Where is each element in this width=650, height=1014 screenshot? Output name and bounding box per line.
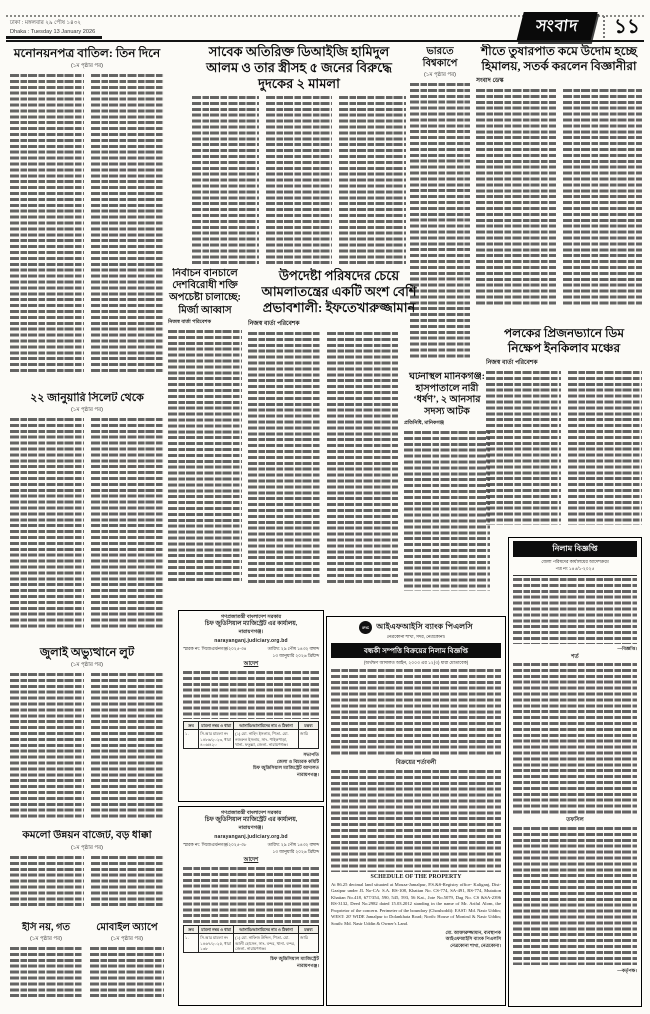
table-cell: সি.আর মামলা নং ১৪৮৬/২০২৩, ধারা ৪০৬/৪২০: [199, 730, 234, 749]
notice-office-line: চিফ জুডিসিয়াল ম্যাজিস্ট্রেট এর কার্যালয…: [183, 817, 319, 825]
body-text: [90, 947, 164, 999]
body-text: [10, 74, 164, 374]
headline: উপদেষ্টা পরিষদের চেয়ে আমলাতন্ত্রের একটি…: [248, 268, 430, 316]
masthead-accent-bar: [6, 36, 102, 39]
story-iftekhar: উপদেষ্টা পরিষদের চেয়ে আমলাতন্ত্রের একটি…: [248, 268, 430, 606]
body-text: [486, 371, 642, 525]
body-text: [192, 96, 406, 264]
bank-name: আইএফআইসি ব্যাংক পিএলসি: [376, 621, 472, 634]
notice-body-text: [183, 671, 319, 719]
court-notice-box-2: গণপ্রজাতন্ত্রী বাংলাদেশ সরকার চিফ জুডিসি…: [178, 806, 324, 1006]
text-column: [91, 418, 165, 630]
signature-block: চিফ জুডিসিয়াল ম্যাজিস্ট্রেট নারায়ণগঞ্জ…: [183, 956, 319, 969]
byline: নিজস্ব বার্তা পরিবেশক: [248, 318, 398, 329]
headline: মোবাইল অ্যাপে: [90, 922, 164, 934]
terms-list-text: [513, 663, 637, 815]
body-text: [168, 330, 242, 582]
body-text: [248, 332, 398, 584]
signature-block: সভাপতি জেলা ও বিচারক কমিটি চিফ জুডিসিয়া…: [183, 752, 319, 778]
masthead-separator: [603, 16, 605, 38]
text-column: [266, 96, 333, 264]
ad-body-text: [331, 669, 501, 755]
text-column: [10, 856, 84, 908]
signature-line: নারায়ণগঞ্জ।: [183, 772, 319, 778]
table-header-cell: মামলা নম্বর ও ধারা: [199, 925, 234, 933]
body-text: [10, 947, 82, 999]
schedule-body-text: [513, 827, 637, 965]
notice-location: নারায়ণগঞ্জ।: [183, 825, 319, 833]
court-notice-box-1: গণপ্রজাতন্ত্রী বাংলাদেশ সরকার চিফ জুডিসি…: [178, 610, 324, 802]
case-table: ক্রমমামলা নম্বর ও ধারাআসামি/আসামিদের নাম…: [183, 721, 319, 750]
body-text: [10, 856, 164, 908]
auction-notice-bar: বন্ধকী সম্পত্তি বিক্রয়ের নিলাম বিজ্ঞপ্ত…: [331, 643, 501, 658]
story-ec: ইসি নয়, গত (১ম পৃষ্ঠার পর): [10, 922, 82, 1008]
table-cell: ১.: [184, 934, 199, 953]
continued-note: (১ম পৃষ্ঠার পর): [10, 662, 164, 670]
masthead-rule: [6, 40, 644, 42]
case-table: ক্রমমামলা নম্বর ও ধারাআসামি/আসামিদের নাম…: [183, 925, 319, 954]
text-column: [486, 371, 561, 525]
story-polok: পলকের প্রিজনভ্যানে ডিম নিক্ষেপ ইনকিলাব ম…: [486, 326, 642, 534]
signature-block: মো. আক্তারুজ্জামান, ব্যবস্থাপক আইএফআইসি …: [331, 930, 501, 949]
continued-note: (১ম পৃষ্ঠার পর): [10, 845, 164, 853]
table-cell: (১) মো. নাহিদ ইসলাম, পিতা- মো. নজরুল ইসল…: [234, 730, 299, 749]
table-cell: সি.আর মামলা নং ১৪৬৭/২০২৫, ধারা ১৩৮: [199, 934, 234, 953]
date-bengali: ঢাকা : মঙ্গলবার ২৯ পৌষ ১৪৩২: [10, 19, 95, 28]
byline: সংবাদ ডেস্ক: [476, 75, 642, 86]
table-header-cell: আসামি/আসামিদের নাম ও ঠিকানা: [234, 721, 299, 729]
notice-date: তারিখ: ২৯ পৌষ ১৪৩২ বঙ্গাব্দ ১৩ জানুয়ারি…: [268, 646, 319, 660]
byline: প্রতিনিধি, মানিকগঞ্জ: [404, 420, 490, 428]
story-shite: শীতে তুষারপাত কমে উদোম হচ্ছে হিমালয়, সত…: [476, 44, 642, 324]
story-silet: ২২ জানুয়ারি সিলেট থেকে (১ম পৃষ্ঠার পর): [10, 392, 164, 642]
text-column: [339, 96, 406, 264]
byline: নিজস্ব বার্তা পরিবেশক: [168, 319, 242, 327]
memo-number: স্মারক নং: সিজেএম/নগঞ্জ/২০২৫-৩৪: [183, 646, 246, 660]
headline: ঘটনাস্থল মানিকগঞ্জ: হাসপাতালে নারী ‘ধর্ষ…: [404, 372, 490, 418]
headline: ভারতে বিশ্বকাপে: [410, 46, 470, 70]
text-column: [91, 856, 165, 908]
body-text: [404, 431, 490, 591]
text-column: [168, 330, 242, 582]
page-number: ১১: [614, 17, 640, 37]
text-column: [91, 673, 165, 819]
notice-website: narayanganj.judiciary.org.bd: [183, 638, 319, 644]
story-july: জুলাই অভ্যুত্থানে লুট (১ম পৃষ্ঠার পর): [10, 646, 164, 826]
story-mirza: নির্বাচন বানচালে দেশবিরোধী শক্তি অপচেষ্ট…: [168, 268, 242, 606]
schedule-text: At 86.25 decimal land situated at Mouza-…: [331, 882, 501, 927]
text-column: [568, 371, 643, 525]
notice-gov-line: গণপ্রজাতন্ত্রী বাংলাদেশ সরকার: [183, 614, 319, 621]
continued-note: (১ম পৃষ্ঠার পর): [410, 72, 470, 80]
text-column: [248, 332, 320, 584]
ific-bank-logo-icon: IFIC: [359, 621, 372, 634]
continued-note: (১ম পৃষ্ঠার পর): [10, 407, 164, 415]
text-column: [10, 418, 84, 630]
story-mobile: মোবাইল অ্যাপে (১ম পৃষ্ঠার পর): [90, 922, 164, 1008]
text-column: [10, 673, 84, 819]
signature-line: নারায়ণগঞ্জ।: [183, 963, 319, 969]
order-heading: আদেশ: [183, 661, 319, 669]
table-header-cell: মন্তব্য: [298, 925, 318, 933]
signature-line: —কর্তৃপক্ষ।: [513, 968, 637, 974]
headline: নির্বাচন বানচালে দেশবিরোধী শক্তি অপচেষ্ট…: [168, 268, 242, 317]
signature-line: নেত্রকোনা শাখা, নেত্রকোনা।: [331, 943, 501, 949]
notice-body-text: [183, 867, 319, 923]
auction-notice-ad: নিলাম বিজ্ঞপ্তি জেলা পরিষদের কার্যালয়ের…: [508, 537, 642, 1007]
notice-date-bn: তারিখ: ২৯ পৌষ ১৪৩২ বঙ্গাব্দ: [268, 842, 319, 847]
notice-tag: —বিজ্ঞপ্তি।: [513, 645, 637, 653]
ific-bank-ad: IFIC আইএফআইসি ব্যাংক পিএলসি নেত্রকোনা শা…: [326, 616, 506, 1006]
table-header-cell: মন্তব্য: [298, 721, 318, 729]
ad-body-text: [513, 578, 637, 644]
story-dudok: সাবেক অতিরিক্ত ডিআইজি হামিদুল আলম ও তার …: [192, 44, 406, 264]
table-cell: জারি: [298, 730, 318, 749]
continued-note: (১ম পৃষ্ঠার পর): [10, 936, 82, 944]
headline: ২২ জানুয়ারি সিলেট থেকে: [10, 392, 164, 405]
memo-number: স্মারক নং: সিজেএম/নগঞ্জ/২০২৫-৩৮: [183, 842, 246, 856]
terms-list-text: [331, 770, 501, 872]
text-column: [10, 74, 84, 374]
headline: সাবেক অতিরিক্ত ডিআইজি হামিদুল আলম ও তার …: [192, 44, 406, 92]
text-column: [327, 332, 399, 584]
masthead-dates: ঢাকা : মঙ্গলবার ২৯ পৌষ ১৪৩২ Dhaka : Tues…: [10, 19, 95, 36]
newspaper-logo: সংবাদ: [516, 12, 598, 42]
text-column: [404, 431, 490, 591]
ific-header: IFIC আইএফআইসি ব্যাংক পিএলসি: [331, 621, 501, 634]
notice-website: narayanganj.judiciary.org.bd: [183, 834, 319, 840]
byline: নিজস্ব বার্তা পরিবেশক: [486, 357, 642, 368]
text-column: [476, 89, 556, 307]
continued-note: (১ম পৃষ্ঠার পর): [10, 63, 164, 71]
text-column: [192, 96, 259, 264]
newspaper-logo-text: সংবাদ: [534, 13, 580, 40]
body-text: [10, 418, 164, 630]
headline: ইসি নয়, গত: [10, 922, 82, 934]
notice-date-en: ১৩ জানুয়ারি ২০২৬ খ্রিষ্টাব্দ: [272, 849, 319, 854]
notice-meta: স্মারক নং: সিজেএম/নগঞ্জ/২০২৫-৩৮ তারিখ: ২…: [183, 842, 319, 856]
table-cell: জারি: [298, 934, 318, 953]
body-text: [10, 673, 164, 819]
branch-name: নেত্রকোনা শাখা, সদর, নেত্রকোনা।: [331, 634, 501, 641]
story-mononoyon: মনোনয়নপত্র বাতিল: তিন দিনে (১ম পৃষ্ঠার …: [10, 46, 164, 390]
headline: কমলো উন্নয়ন বাজেট, বড় ধাক্কা: [10, 830, 164, 843]
headline: মনোনয়নপত্র বাতিল: তিন দিনে: [10, 46, 164, 61]
table-header-cell: ক্রম: [184, 721, 199, 729]
table-cell: ১.: [184, 730, 199, 749]
text-column: [10, 947, 82, 999]
headline: জুলাই অভ্যুত্থানে লুট: [10, 646, 164, 660]
law-reference: (অর্থঋণ আদালত আইন, ২০০৩ এর ১২(৩) ধারা মো…: [331, 660, 501, 667]
text-column: [563, 89, 643, 307]
schedule-heading: SCHEDULE OF THE PROPERTY: [331, 874, 501, 880]
text-column: [90, 947, 164, 999]
notice-date-en: ১৩ জানুয়ারি ২০২৬ খ্রিষ্টাব্দ: [272, 653, 319, 658]
issuer-line: জেলা পরিষদের কার্যালয়ের আদেশক্রমে: [513, 559, 637, 566]
divider: [513, 575, 637, 576]
reference-number: পত্র নং ১৪৫/১-২০২৫: [513, 566, 637, 573]
notice-meta: স্মারক নং: সিজেএম/নগঞ্জ/২০২৫-৩৪ তারিখ: ২…: [183, 646, 319, 660]
terms-heading: শর্ত: [513, 654, 637, 662]
notice-date: তারিখ: ২৯ পৌষ ১৪৩২ বঙ্গাব্দ ১৩ জানুয়ারি…: [268, 842, 319, 856]
notice-date-bn: তারিখ: ২৯ পৌষ ১৪৩২ বঙ্গাব্দ: [268, 646, 319, 651]
text-column: [91, 74, 165, 374]
schedule-heading: তফসিল: [513, 817, 637, 825]
masthead-right: সংবাদ ১১: [520, 16, 640, 38]
table-header-cell: ক্রম: [184, 925, 199, 933]
story-ghotona: ঘটনাস্থল মানিকগঞ্জ: হাসপাতালে নারী ‘ধর্ষ…: [404, 372, 490, 606]
table-header-cell: মামলা নম্বর ও ধারা: [199, 721, 234, 729]
table-cell: (১) মো. নাফিজ উদ্দিন, পিতা- মো. আলী হোসে…: [234, 934, 299, 953]
notice-office-line: চিফ জুডিসিয়াল ম্যাজিস্ট্রেট এর কার্যালয…: [183, 621, 319, 629]
table-header-cell: আসামি/আসামিদের নাম ও ঠিকানা: [234, 925, 299, 933]
notice-gov-line: গণপ্রজাতন্ত্রী বাংলাদেশ সরকার: [183, 810, 319, 817]
headline: পলকের প্রিজনভ্যানে ডিম নিক্ষেপ ইনকিলাব ম…: [486, 326, 642, 355]
notice-location: নারায়ণগঞ্জ।: [183, 629, 319, 637]
headline: শীতে তুষারপাত কমে উদোম হচ্ছে হিমালয়, সত…: [476, 44, 642, 73]
date-english: Dhaka : Tuesday 13 January 2026: [10, 28, 95, 37]
story-budget: কমলো উন্নয়ন বাজেট, বড় ধাক্কা (১ম পৃষ্ঠ…: [10, 830, 164, 920]
newspaper-page: ঢাকা : মঙ্গলবার ২৯ পৌষ ১৪৩২ Dhaka : Tues…: [0, 0, 650, 1014]
continued-note: (১ম পৃষ্ঠার পর): [90, 936, 164, 944]
auction-bar: নিলাম বিজ্ঞপ্তি: [513, 541, 637, 557]
order-heading: আদেশ: [183, 857, 319, 865]
sale-terms-heading: বিক্রয়ের শর্তাবলী: [331, 757, 501, 768]
body-text: [476, 89, 642, 307]
